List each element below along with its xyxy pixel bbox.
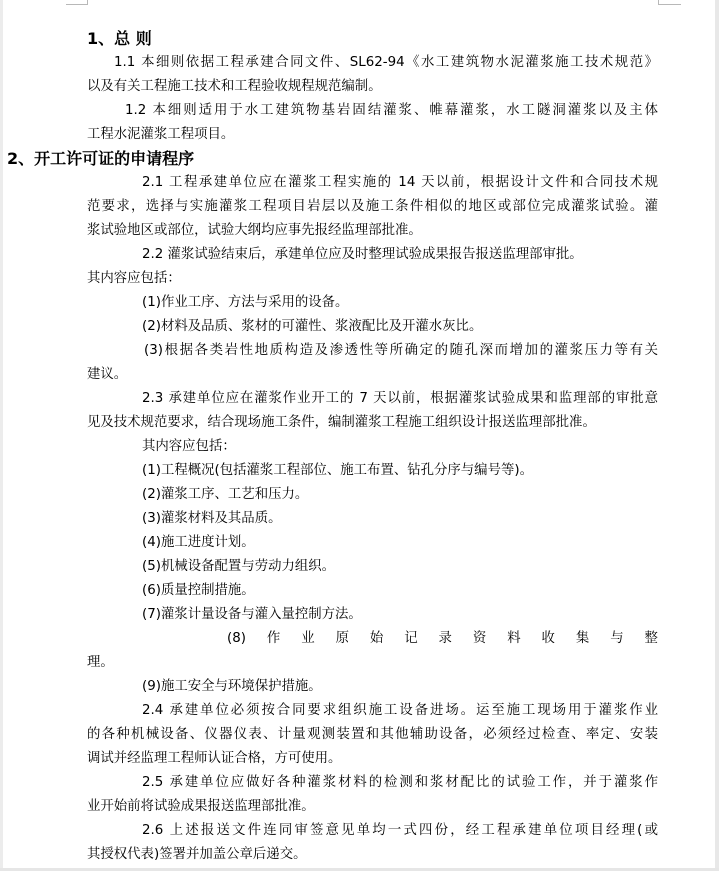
paragraph-1-2-line-1: 1.2 本细则适用于水工建筑物基岩固结灌浆、帷幕灌浆，水工隧洞灌浆以及主体 [125, 101, 658, 121]
list-item-2-3-4: (4)施工进度计划。 [142, 533, 255, 553]
list-item-2-3-3: (3)灌浆材料及其品质。 [142, 509, 281, 529]
paragraph-1-2-line-2: 工程水泥灌浆工程项目。 [87, 125, 234, 145]
paragraph-2-3-line-1: 2.3 承建单位应在灌浆作业开工的 7 天以前，根据灌浆试验成果和监理部的审批意 [142, 389, 658, 409]
section-heading-permit: 2、开工许可证的申请程序 [7, 149, 194, 169]
list-item-2-3-8-line-2: 理。 [87, 653, 114, 673]
paragraph-2-2-line-1: 2.2 灌浆试验结束后，承建单位应及时整理试验成果报告报送监理部审批。 [142, 245, 583, 265]
page-left-margin [0, 0, 3, 871]
paragraph-2-6-line-1: 2.6 上述报送文件连同审签意见单均一式四份，经工程承建单位项目经理(或 [142, 821, 658, 841]
window-scrollbar-track[interactable] [715, 0, 719, 871]
paragraph-2-4-line-1: 2.4 承建单位必须按合同要求组织施工设备进场。运至施工现场用于灌浆作业 [142, 701, 658, 721]
list-item-2-3-8-line-1: (8) 作 业 原 始 记 录 资 料 收 集 与 整 [227, 629, 658, 649]
list-item-2-2-3-line-1: (3)根据各类岩性地质构造及渗透性等所确定的随孔深而增加的灌浆压力等有关 [144, 341, 658, 361]
list-item-2-3-7: (7)灌浆计量设备与灌入量控制方法。 [142, 605, 362, 625]
paragraph-2-3-line-2: 见及技术规范要求，结合现场施工条件，编制灌浆工程施工组织设计报送监理部批准。 [87, 413, 596, 433]
section-heading-general: 1、总 则 [87, 29, 152, 49]
paragraph-2-5-line-2: 业开始前将试验成果报送监理部批准。 [87, 797, 315, 817]
paragraph-2-4-line-3: 调试并经监理工程师认证合格，方可使用。 [87, 749, 341, 769]
list-item-2-2-3-line-2: 建议。 [87, 365, 127, 385]
paragraph-2-1-line-2: 范要求，选择与实施灌浆工程项目岩层以及施工条件相似的地区或部位完成灌浆试验。灌 [87, 197, 658, 217]
list-item-2-3-2: (2)灌浆工序、工艺和压力。 [142, 485, 308, 505]
paragraph-1-1-line-2: 以及有关工程施工技术和工程验收规程规范编制。 [87, 77, 382, 97]
crop-mark-top-right [658, 0, 681, 5]
paragraph-2-6-line-2: 其授权代表)签署并加盖公章后递交。 [87, 845, 306, 865]
list-item-2-3-5: (5)机械设备配置与劳动力组织。 [142, 557, 335, 577]
paragraph-1-1-line-1: 1.1 本细则依据工程承建合同文件、SL62-94《水工建筑物水泥灌浆施工技术规… [114, 53, 658, 73]
list-item-2-2-2: (2)材料及品质、浆材的可灌性、浆液配比及开灌水灰比。 [142, 317, 482, 337]
list-item-2-3-6: (6)质量控制措施。 [142, 581, 255, 601]
crop-mark-top-left [66, 0, 88, 5]
list-item-2-3-1: (1)工程概况(包括灌浆工程部位、施工布置、钻孔分序与编号等)。 [142, 461, 533, 481]
paragraph-2-4-line-2: 的各种机械设备、仪器仪表、计量观测装置和其他辅助设备，必须经过检查、率定、安装 [87, 725, 658, 745]
paragraph-2-2-line-2: 其内容应包括： [87, 269, 181, 289]
paragraph-2-5-line-1: 2.5 承建单位应做好各种灌浆材料的检测和浆材配比的试验工作，并于灌浆作 [142, 773, 658, 793]
paragraph-2-1-line-3: 浆试验地区或部位，试验大纲均应事先报经监理部批准。 [87, 221, 422, 241]
paragraph-2-3-contents-label: 其内容应包括： [142, 437, 236, 457]
paragraph-2-1-line-1: 2.1 工程承建单位应在灌浆工程实施的 14 天以前，根据设计文件和合同技术规 [142, 173, 658, 193]
list-item-2-3-9: (9)施工安全与环境保护措施。 [142, 677, 322, 697]
list-item-2-2-1: (1)作业工序、方法与采用的设备。 [142, 293, 348, 313]
